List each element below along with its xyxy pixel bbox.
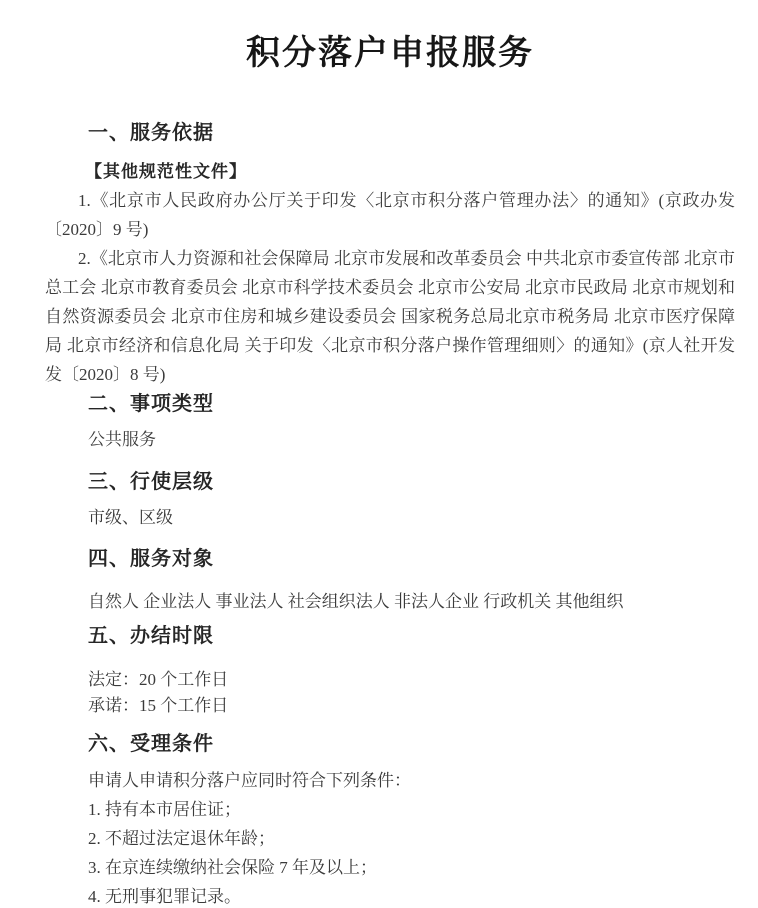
promised-time-limit: 承诺：15 个工作日: [88, 693, 735, 719]
section-completion-time-limit: 五、办结时限 法定：20 个工作日 承诺：15 个工作日: [45, 623, 735, 719]
section-service-basis: 一、服务依据 【其他规范性文件】 1.《北京市人民政府办公厅关于印发〈北京市积分…: [45, 120, 735, 389]
acceptance-conditions-list: 申请人申请积分落户应同时符合下列条件： 1. 持有本市居住证； 2. 不超过法定…: [88, 766, 735, 908]
section-heading-item-type: 二、事项类型: [88, 391, 735, 417]
item-type-value: 公共服务: [88, 427, 735, 453]
section-heading-exercise-level: 三、行使层级: [88, 469, 735, 495]
section-heading-service-target: 四、服务对象: [88, 546, 735, 572]
subheading-other-normative-files: 【其他规范性文件】: [85, 160, 735, 184]
condition-item-1: 1. 持有本市居住证；: [88, 795, 735, 824]
page-title: 积分落户申报服务: [45, 32, 735, 76]
section-service-target: 四、服务对象 自然人 企业法人 事业法人 社会组织法人 非法人企业 行政机关 其…: [45, 546, 735, 615]
section-heading-acceptance-conditions: 六、受理条件: [88, 731, 735, 757]
acceptance-conditions-intro: 申请人申请积分落户应同时符合下列条件：: [88, 766, 735, 795]
condition-item-2: 2. 不超过法定退休年龄；: [88, 824, 735, 853]
document-page: 积分落户申报服务 一、服务依据 【其他规范性文件】 1.《北京市人民政府办公厅关…: [0, 0, 758, 908]
section-item-type: 二、事项类型 公共服务: [45, 391, 735, 453]
service-target-value: 自然人 企业法人 事业法人 社会组织法人 非法人企业 行政机关 其他组织: [88, 589, 735, 615]
section-acceptance-conditions: 六、受理条件 申请人申请积分落户应同时符合下列条件： 1. 持有本市居住证； 2…: [45, 731, 735, 908]
condition-item-4: 4. 无刑事犯罪记录。: [88, 882, 735, 908]
section-heading-completion-time-limit: 五、办结时限: [88, 623, 735, 649]
paragraph-regulation-1: 1.《北京市人民政府办公厅关于印发〈北京市积分落户管理办法〉的通知》(京政办发〔…: [45, 186, 735, 244]
section-heading-service-basis: 一、服务依据: [88, 120, 735, 146]
exercise-level-value: 市级、区级: [88, 505, 735, 531]
paragraph-regulation-2: 2.《北京市人力资源和社会保障局 北京市发展和改革委员会 中共北京市委宣传部 北…: [45, 244, 735, 389]
statutory-time-limit: 法定：20 个工作日: [88, 667, 735, 693]
section-exercise-level: 三、行使层级 市级、区级: [45, 469, 735, 531]
condition-item-3: 3. 在京连续缴纳社会保险 7 年及以上；: [88, 853, 735, 882]
